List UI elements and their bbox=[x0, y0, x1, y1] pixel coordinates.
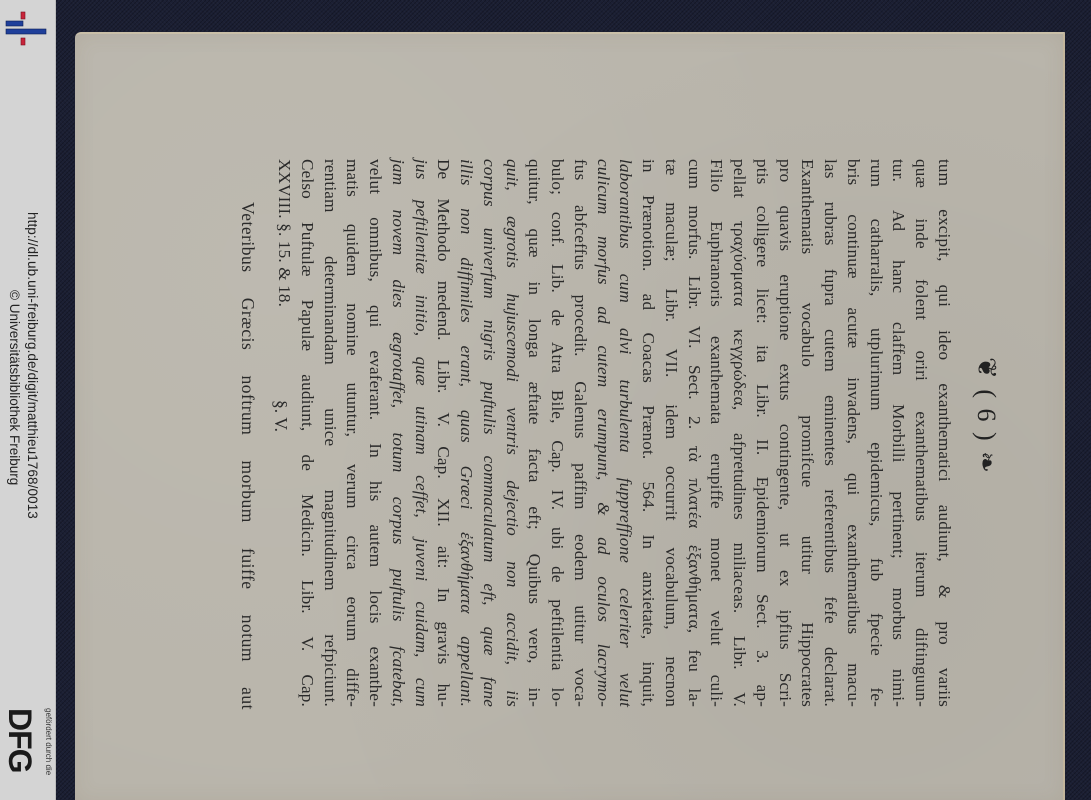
text-line: fus abfceffus procedit. Galenus paffim e… bbox=[568, 159, 591, 707]
text-line: tæ maculæ; Libr. VII. idem occurrit voca… bbox=[659, 159, 682, 707]
text-line: quæ inde folent oriri exanthematibus ite… bbox=[910, 159, 933, 707]
text-line: culicum morfus ad cutem erumpunt, & ad o… bbox=[591, 159, 614, 707]
fleuron-left-icon: ❦ bbox=[972, 357, 1001, 381]
text-line: tur. Ad hanc claffem Morbilli pertinent;… bbox=[887, 159, 910, 707]
body-paragraph: tum excipit, qui ideo exanthematici audi… bbox=[273, 159, 956, 707]
text-line: las rubras fupra cutem eminentes referen… bbox=[819, 159, 842, 707]
text-line: jus peftilentiæ initio, quæ utinam ceffe… bbox=[409, 159, 432, 707]
page-number: ( 6 ) bbox=[972, 389, 1001, 442]
ub-freiburg-logo-icon[interactable] bbox=[3, 8, 47, 52]
fleuron-right-icon: ❧ bbox=[972, 451, 1001, 475]
page-header: ❦ ( 6 ) ❧ bbox=[971, 32, 1001, 800]
text-line: bulo; conf. Lib. de Atra Bile, Cap. IV. … bbox=[546, 159, 569, 707]
text-line: ptis colligere licet: ita Libr. II. Epid… bbox=[750, 159, 773, 707]
copyright-text: © Universitätsbibliothek Freiburg bbox=[7, 290, 22, 485]
document-url-link[interactable]: http://dl.ub.uni-freiburg.de/digit/matth… bbox=[25, 212, 40, 519]
viewer-side-strip: http://dl.ub.uni-freiburg.de/digit/matth… bbox=[0, 0, 56, 800]
text-line: Celso Puftulæ Papulæ audiunt, de Medicin… bbox=[295, 159, 318, 707]
text-line: laborantibus cum alvi turbulenta fuppref… bbox=[614, 159, 637, 707]
text-line: corpus univerfum nigris puftulis commacu… bbox=[477, 159, 500, 707]
text-line: tum excipit, qui ideo exanthematici audi… bbox=[932, 159, 955, 707]
text-line: De Methodo medend. Libr. V. Cap. XII. ai… bbox=[432, 159, 455, 707]
text-line: velut omnibus, qui evaferant. In his aut… bbox=[364, 159, 387, 707]
text-line: pellat τραχύσματα κεγχρώδεα, afpretudine… bbox=[728, 159, 751, 707]
text-line: rentiam determinandam unice magnitudinem… bbox=[318, 159, 341, 707]
page-content: ❦ ( 6 ) ❧ tum excipit, qui ideo exanthem… bbox=[75, 32, 1063, 800]
text-line: rum catharralis, utplurimum epidemicus, … bbox=[864, 159, 887, 707]
text-line: Filio Euphranoris exanthemata erupiffe m… bbox=[705, 159, 728, 707]
text-line: cum morfus. Libr. VI. Sect. 2. τὰ πλατέα… bbox=[682, 159, 705, 707]
text-line: quitur, quæ in longa æftate facta eft; Q… bbox=[523, 159, 546, 707]
text-line: bris continuæ acutæ invadens, qui exanth… bbox=[841, 159, 864, 707]
section-heading: §. V. bbox=[270, 32, 291, 800]
text-line: matis quidem nomine utuntur, verum circa… bbox=[341, 159, 364, 707]
text-line: pro quavis eruptione extus contingente, … bbox=[773, 159, 796, 707]
dfg-logo: DFG bbox=[4, 708, 36, 773]
text-line: Exanthematis vocabulo promifcue utitur H… bbox=[796, 159, 819, 707]
text-line: quit, ægrotis hujuscemodi ventris deject… bbox=[500, 159, 523, 707]
text-line: in Prænotion. ad Coacas Prænot. 564. In … bbox=[637, 159, 660, 707]
section-first-line: Veteribus Græcis noftrum morbum fuiffe n… bbox=[237, 202, 258, 710]
text-line: jam novem dies ægrotaffet, totum corpus … bbox=[386, 159, 409, 707]
text-line: illis non diffimiles erant, quas Græci ἐ… bbox=[455, 159, 478, 707]
funding-note: gefördert durch die bbox=[44, 708, 53, 775]
